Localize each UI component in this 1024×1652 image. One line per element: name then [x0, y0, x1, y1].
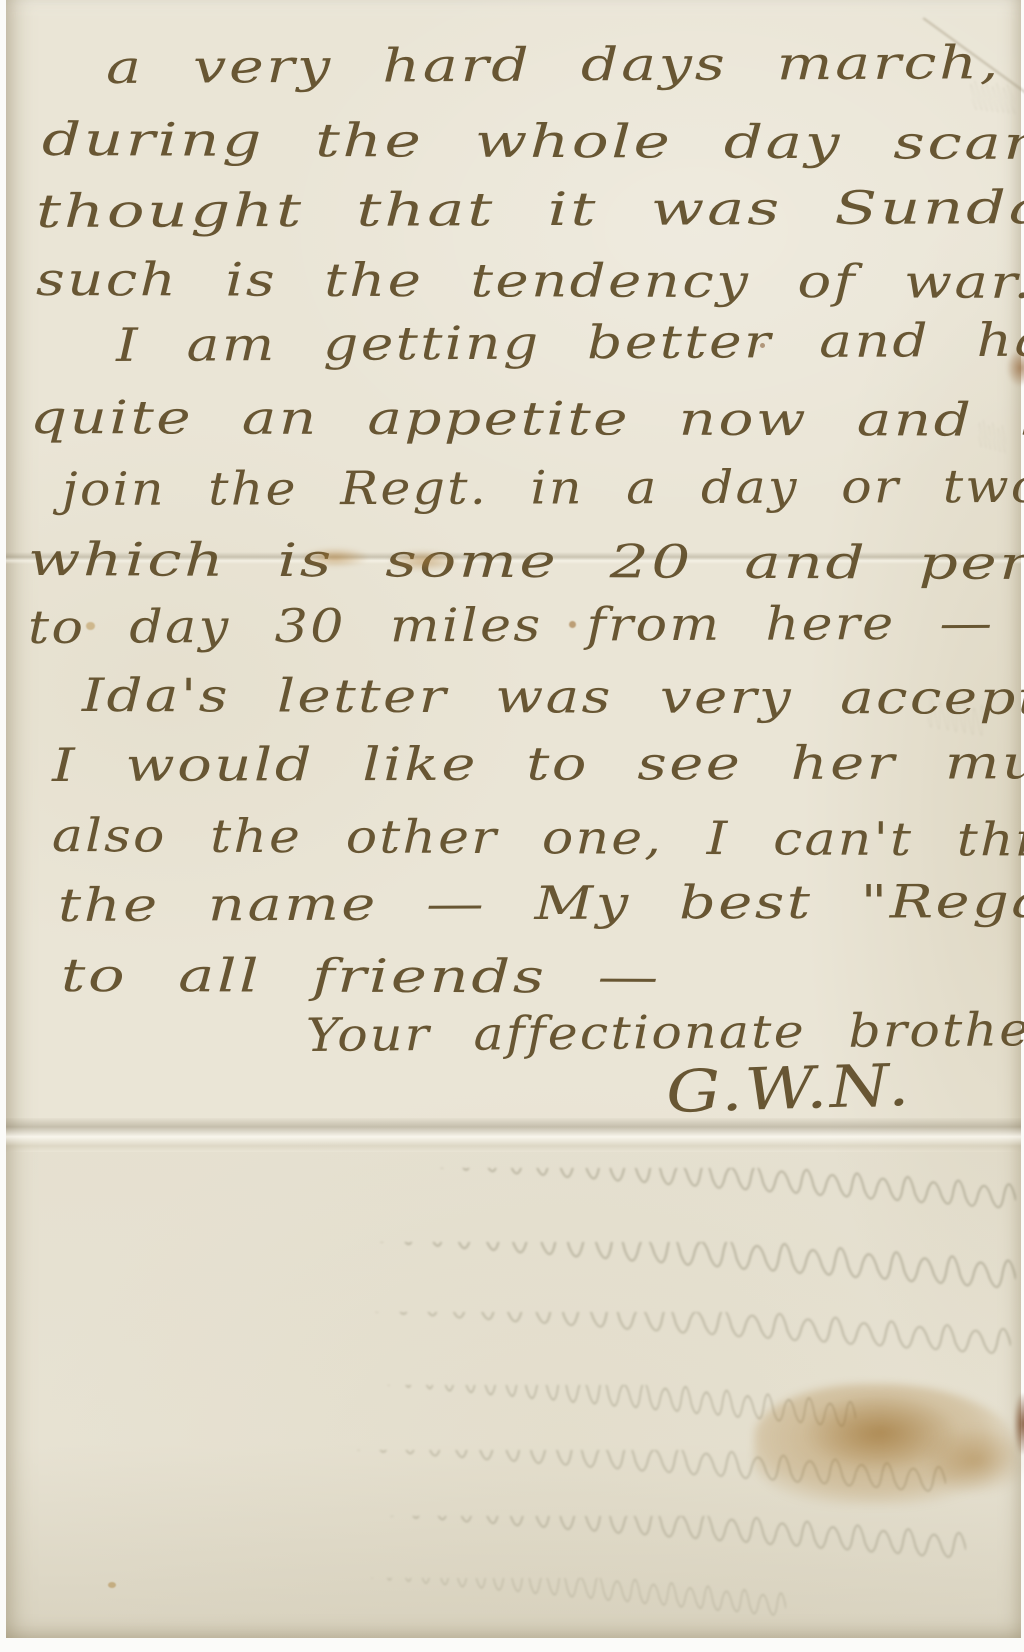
letter-line: quite an appetite now and shall: [30, 390, 1024, 447]
letter-line: during the whole day scarcely: [42, 112, 1024, 170]
letter-paper: a very hard days march, and during the w…: [6, 0, 1021, 1638]
letter-line: to day 30 miles from here —: [28, 596, 995, 654]
letter-line: which is some 20 and perhaps: [28, 532, 1024, 591]
ghost-writing-line: [61, 1312, 1011, 1362]
ghost-writing-line: [66, 1450, 946, 1500]
scan-background: a very hard days march, and during the w…: [0, 0, 1024, 1652]
closing-line: Your affectionate brother: [306, 1002, 1024, 1062]
letter-line: thought that it was Sunday: [36, 180, 1024, 238]
signature-line: G.W.N.: [665, 1051, 913, 1126]
letter-line: a very hard days march, and: [106, 34, 1024, 94]
letter-line: join the Regt. in a day or two.: [62, 459, 1024, 516]
letter-line: I am getting better and have: [116, 312, 1024, 372]
letter-line: the name — My best "Regards": [58, 873, 1024, 932]
letter-line: such is the tendency of war.: [36, 252, 1024, 309]
ghost-writing-line: [106, 1516, 966, 1566]
letter-line: Ida's letter was very acceptable: [82, 668, 1024, 725]
letter-line: also the other one, I can't think: [52, 808, 1024, 867]
ghost-writing-line: [156, 1168, 1016, 1216]
ghost-writing-line: [66, 1242, 1016, 1297]
ghost-writing-line: [156, 1385, 856, 1435]
fold-crease-lower: [6, 1118, 1021, 1152]
letter-line: to all friends —: [61, 948, 661, 1004]
ghost-writing-line: [166, 1578, 786, 1623]
letter-line: I would like to see her much: [52, 735, 1024, 792]
